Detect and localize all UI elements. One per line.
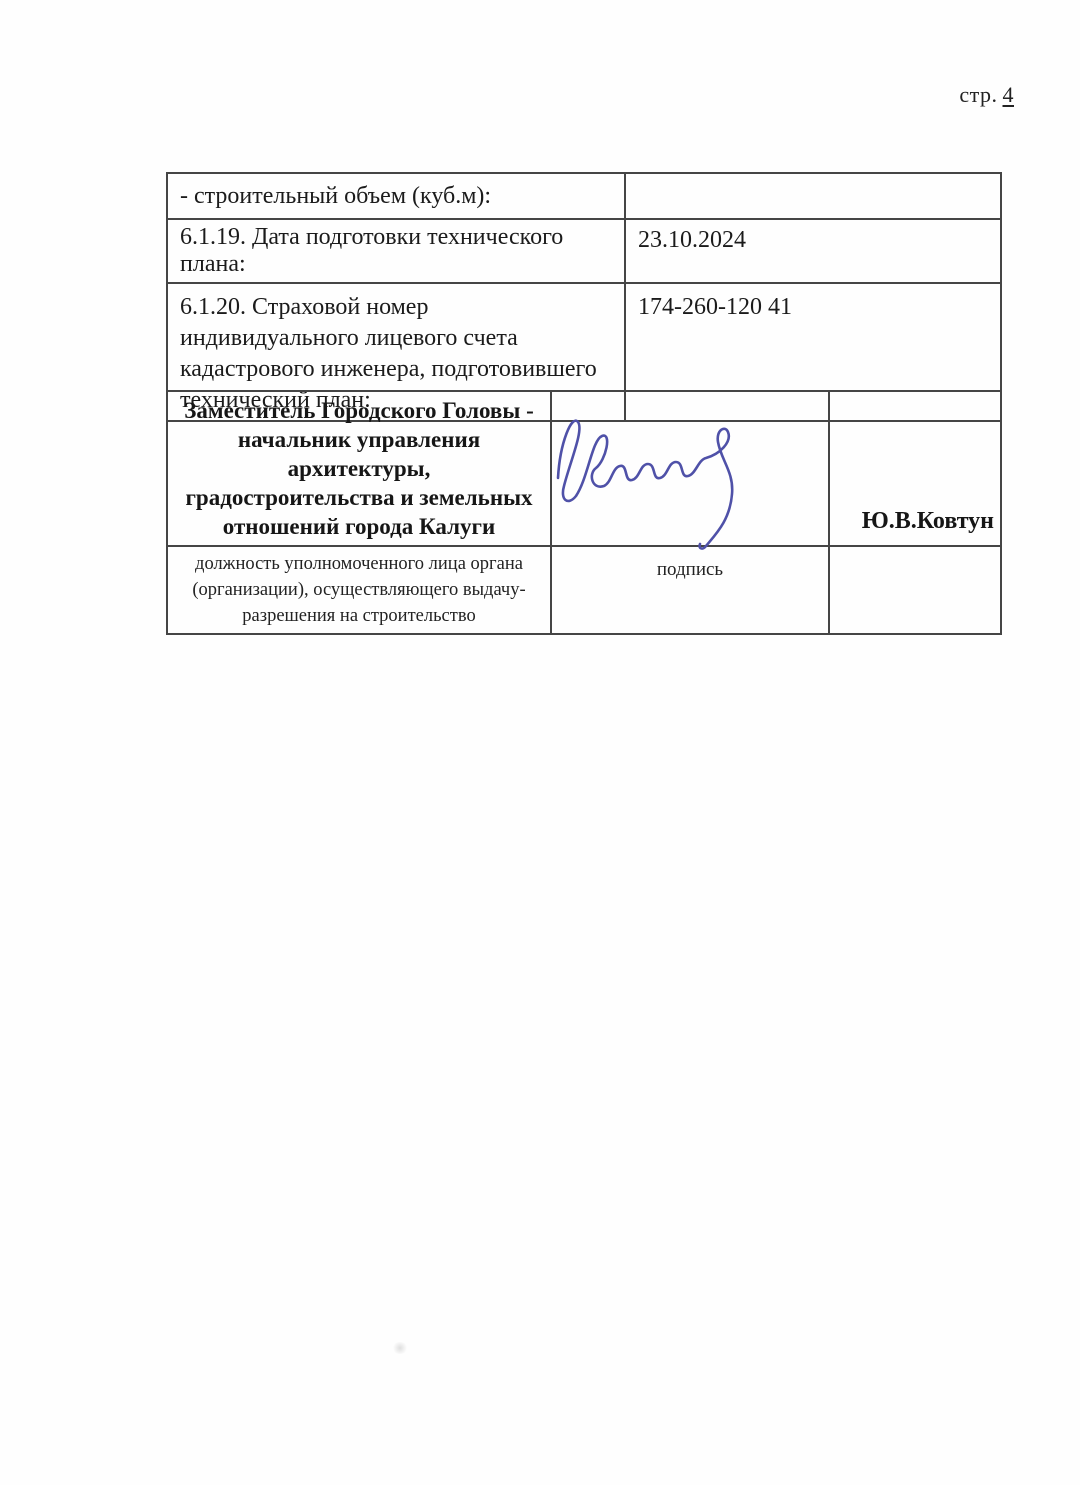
empty-cell (829, 546, 1001, 634)
position-caption: должность уполномоченного лица органа (о… (167, 546, 551, 634)
signature-table-top-row: Заместитель Городского Головы - начальни… (167, 391, 1001, 546)
row-label: - строительный объем (куб.м): (167, 173, 625, 219)
details-table: - строительный объем (куб.м): 6.1.19. Да… (166, 172, 1002, 422)
page-number-label: стр. (959, 82, 997, 107)
page-number-value: 4 (1003, 82, 1015, 107)
scan-artifact-dot (392, 1342, 408, 1354)
row-value: 23.10.2024 (625, 219, 1001, 283)
table-row: - строительный объем (куб.м): (167, 173, 1001, 219)
signature-table-caption-row: должность уполномоченного лица органа (о… (167, 546, 1001, 634)
table-row: 6.1.19. Дата подготовки технического пла… (167, 219, 1001, 283)
signature-caption: подпись (551, 546, 829, 634)
row-value (625, 173, 1001, 219)
signatory-name: Ю.В.Ковтун (829, 391, 1001, 546)
signature-cell (551, 391, 829, 546)
row-label: 6.1.19. Дата подготовки технического пла… (167, 219, 625, 283)
signatory-position-title: Заместитель Городского Головы - начальни… (167, 391, 551, 546)
page-number: стр.4 (959, 82, 1014, 108)
signature-table: Заместитель Городского Головы - начальни… (166, 390, 1002, 635)
document-page: стр.4 - строительный объем (куб.м): 6.1.… (0, 0, 1080, 1485)
